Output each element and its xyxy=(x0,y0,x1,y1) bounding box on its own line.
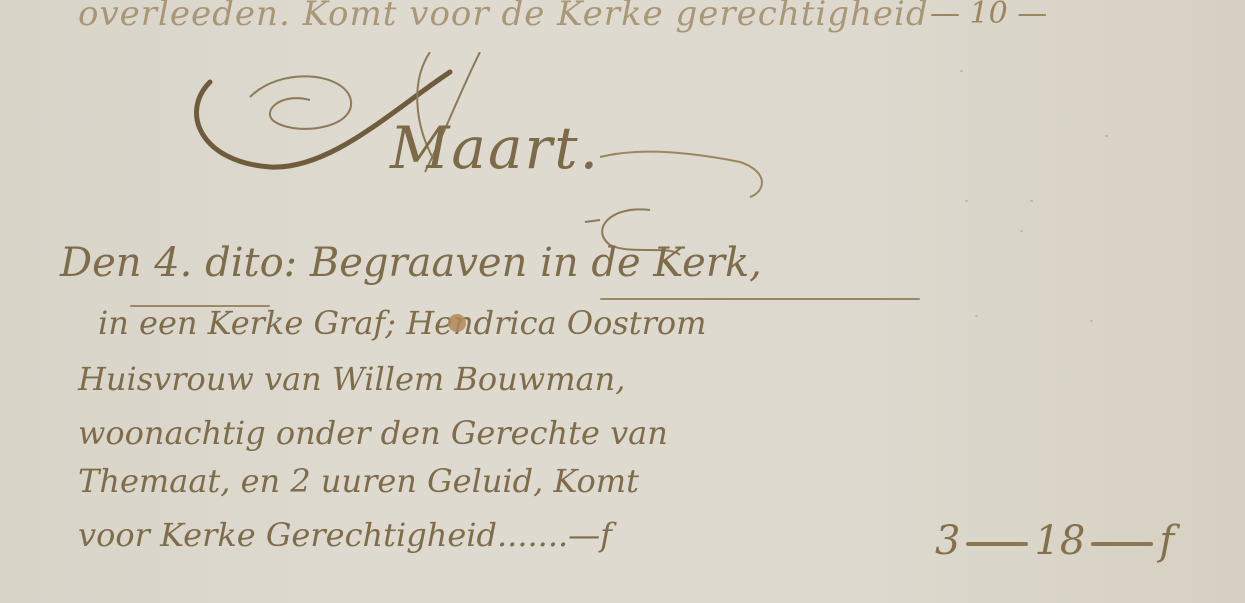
entry-line-6: voor Kerke Gerechtigheid.......—f xyxy=(78,516,612,554)
entry-line-3: Huisvrouw van Willem Bouwman, xyxy=(78,360,625,398)
month-heading-text: Maart. xyxy=(390,114,600,182)
entry-line-1: Den 4. dito: Begraaven in de Kerk, xyxy=(60,240,762,286)
amount-dash xyxy=(1091,542,1153,546)
amount-guilders: 3 xyxy=(935,518,960,564)
paper-speck xyxy=(1020,230,1023,232)
amount-dash xyxy=(966,542,1028,546)
underline-stroke xyxy=(600,298,920,300)
register-page: overleeden. Komt voor de Kerke gerechtig… xyxy=(0,0,1245,603)
previous-entry-text: overleeden. Komt voor de Kerke gerechtig… xyxy=(78,0,929,34)
entry-line-2: in een Kerke Graf; Hendrica Oostrom xyxy=(98,304,707,342)
paper-speck xyxy=(975,315,978,317)
paper-speck xyxy=(1090,320,1093,322)
entry-amount: 318f xyxy=(935,518,1174,564)
ink-stain xyxy=(448,314,466,332)
amount-mark: f xyxy=(1159,518,1174,564)
month-heading: Maart. xyxy=(190,52,790,202)
previous-entry-amount: — 10 — xyxy=(930,0,1047,31)
paper-speck xyxy=(965,200,968,202)
entry-line-4: woonachtig onder den Gerechte van xyxy=(78,414,668,452)
paper-speck xyxy=(1105,135,1108,137)
paper-speck xyxy=(1030,200,1033,202)
entry-line-5: Themaat, en 2 uuren Geluid, Komt xyxy=(78,462,639,500)
amount-stuivers: 18 xyxy=(1034,518,1085,564)
paper-speck xyxy=(960,70,963,72)
underline-stroke xyxy=(130,305,270,307)
